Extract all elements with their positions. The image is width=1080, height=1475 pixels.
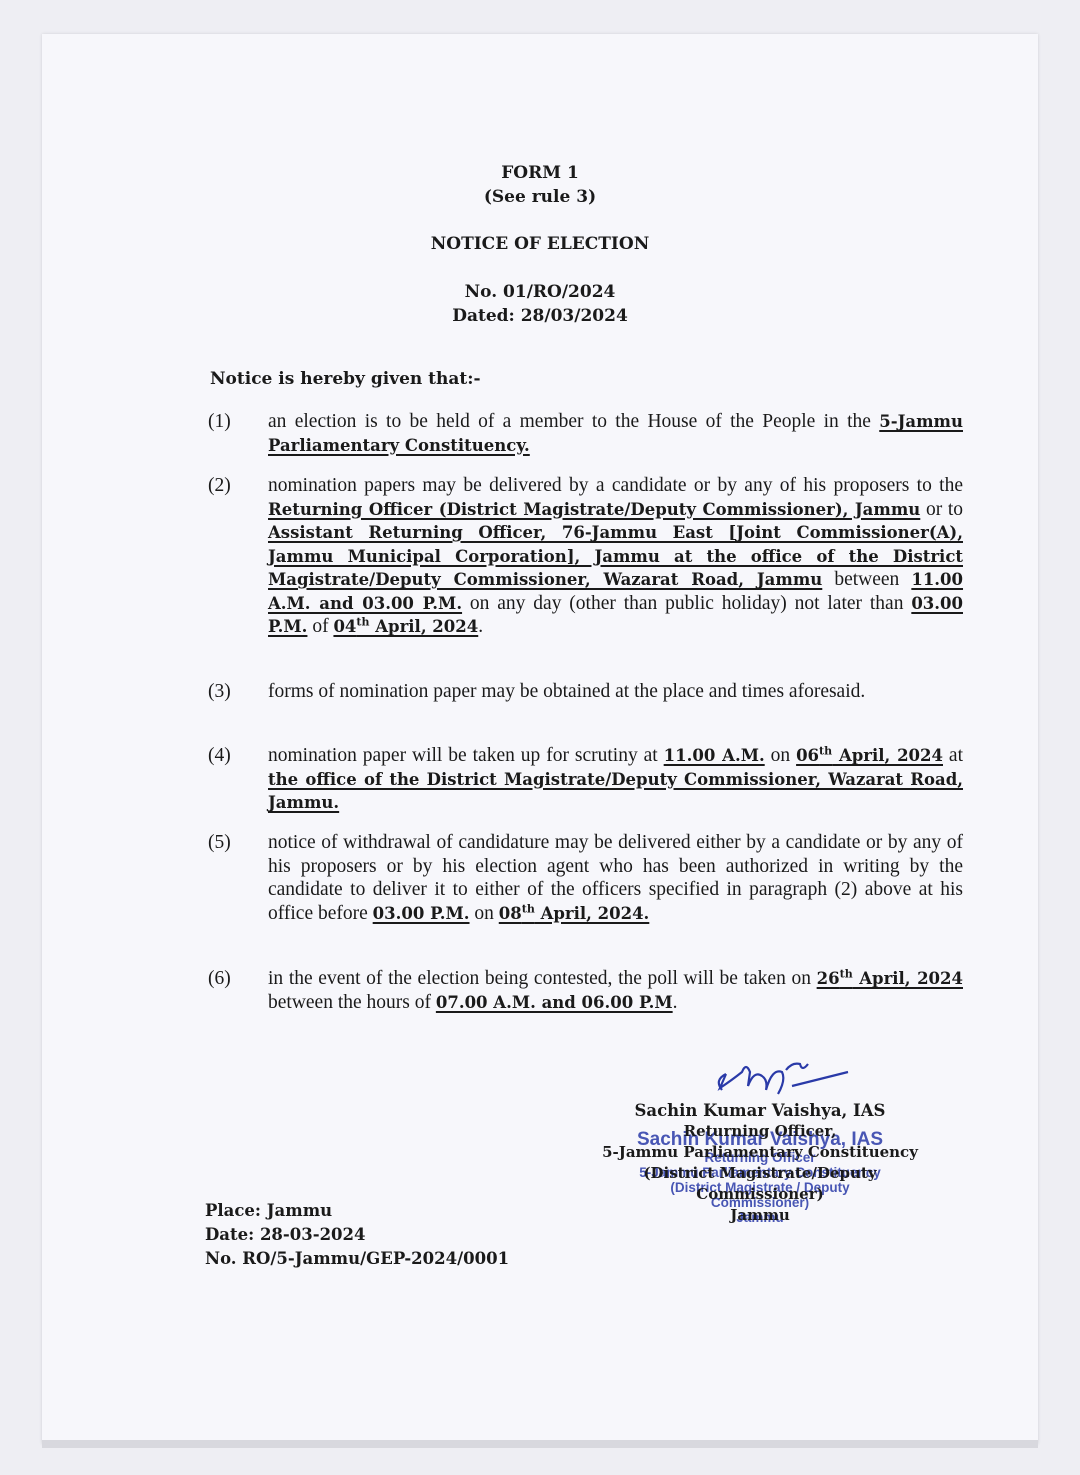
item-number: (3) bbox=[208, 680, 231, 704]
item-number: (6) bbox=[208, 967, 231, 991]
notice-date: Dated: 28/03/2024 bbox=[0, 306, 1080, 326]
signatory-constituency: 5-Jammu Parliamentary Constituency bbox=[590, 1142, 930, 1163]
item-number: (1) bbox=[208, 410, 231, 434]
item-text: notice of withdrawal of candidature may … bbox=[268, 831, 963, 925]
document-title: NOTICE OF ELECTION bbox=[0, 234, 1080, 254]
signatory-block: Sachin Kumar Vaishya, IAS Returning Offi… bbox=[590, 1100, 930, 1226]
footer-place: Place: Jammu bbox=[205, 1199, 509, 1223]
page-edge bbox=[42, 1440, 1038, 1448]
form-label: FORM 1 bbox=[0, 163, 1080, 183]
item-text: an election is to be held of a member to… bbox=[268, 410, 963, 457]
item-text: nomination papers may be delivered by a … bbox=[268, 474, 963, 639]
notice-number: No. 01/RO/2024 bbox=[0, 282, 1080, 302]
signatory-designation: Returning Officer, bbox=[590, 1121, 930, 1142]
footer-reference: No. RO/5-Jammu/GEP-2024/0001 bbox=[205, 1247, 509, 1271]
item-text: forms of nomination paper may be obtaine… bbox=[268, 680, 963, 704]
signatory-place: Jammu bbox=[590, 1205, 930, 1226]
notice-intro: Notice is hereby given that:- bbox=[210, 369, 481, 389]
signature bbox=[712, 1050, 852, 1100]
item-text: in the event of the election being conte… bbox=[268, 967, 963, 1014]
footer: Place: Jammu Date: 28-03-2024 No. RO/5-J… bbox=[205, 1199, 509, 1271]
item-number: (5) bbox=[208, 831, 231, 855]
item-number: (4) bbox=[208, 744, 231, 768]
footer-date: Date: 28-03-2024 bbox=[205, 1223, 509, 1247]
item-text: nomination paper will be taken up for sc… bbox=[268, 744, 963, 815]
item-number: (2) bbox=[208, 474, 231, 498]
rule-label: (See rule 3) bbox=[0, 187, 1080, 207]
signatory-office: (District Magistrate/Deputy Commissioner… bbox=[590, 1163, 930, 1205]
signatory-name: Sachin Kumar Vaishya, IAS bbox=[590, 1100, 930, 1121]
